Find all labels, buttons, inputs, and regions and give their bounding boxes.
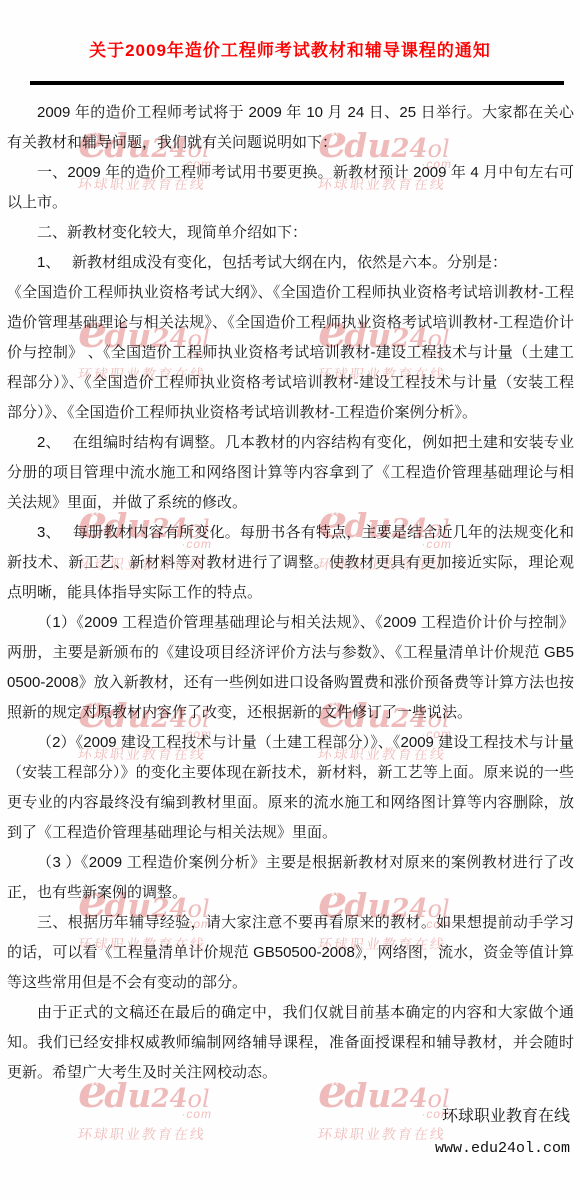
paragraph-detail-2: （2）《2009 建设工程技术与计量（土建工程部分）》、《2009 建设工程技术…: [7, 728, 574, 848]
paragraph-intro: 2009 年的造价工程师考试将于 2009 年 10 月 24 日、25 日举行…: [7, 98, 574, 158]
paragraph-book-list: 《全国造价工程师执业资格考试大纲》、《全国造价工程师执业资格考试培训教材-工程造…: [7, 278, 574, 428]
document-page: e职du24ol ·com 环球职业教育在线 e职du24ol ·com 环球职…: [0, 0, 580, 1200]
signature-url: www.edu24ol.com: [0, 1140, 570, 1157]
notice-body: 2009 年的造价工程师考试将于 2009 年 10 月 24 日、25 日举行…: [7, 98, 574, 1088]
signature-block: 环球职业教育在线 www.edu24ol.com: [0, 1104, 570, 1157]
notice-title: 关于2009年造价工程师考试教材和辅导课程的通知: [0, 0, 580, 61]
paragraph-closing: 由于正式的文稿还在最后的确定中，我们仅就目前基本确定的内容和大家做个通知。我们已…: [7, 998, 574, 1088]
paragraph-item-2: 2、 在组编时结构有调整。几本教材的内容结构有变化，例如把土建和安装专业分册的项…: [7, 428, 574, 518]
paragraph-detail-3: （3 ）《2009 工程造价案例分析》主要是根据新教材对原来的案例教材进行了改正…: [7, 848, 574, 908]
notice-content: 关于2009年造价工程师考试教材和辅导课程的通知 2009 年的造价工程师考试将…: [0, 0, 580, 1157]
signature-org: 环球职业教育在线: [0, 1104, 570, 1130]
paragraph-section-2: 二、新教材变化较大，现简单介绍如下：: [7, 218, 574, 248]
paragraph-item-3: 3、 每册教材内容有所变化。每册书各有特点，主要是结合近几年的法规变化和新技术、…: [7, 518, 574, 608]
paragraph-detail-1: （1）《2009 工程造价管理基础理论与相关法规》、《2009 工程造价计价与控…: [7, 608, 574, 728]
paragraph-section-3: 三、根据历年辅导经验，请大家注意不要再看原来的教材。如果想提前动手学习的话，可以…: [7, 908, 574, 998]
paragraph-section-1: 一、2009 年的造价工程师考试用书要更换。新教材预计 2009 年 4 月中旬…: [7, 158, 574, 218]
title-divider: [30, 81, 564, 85]
paragraph-item-1: 1、 新教材组成没有变化，包括考试大纲在内，依然是六本。分别是：: [7, 248, 574, 278]
